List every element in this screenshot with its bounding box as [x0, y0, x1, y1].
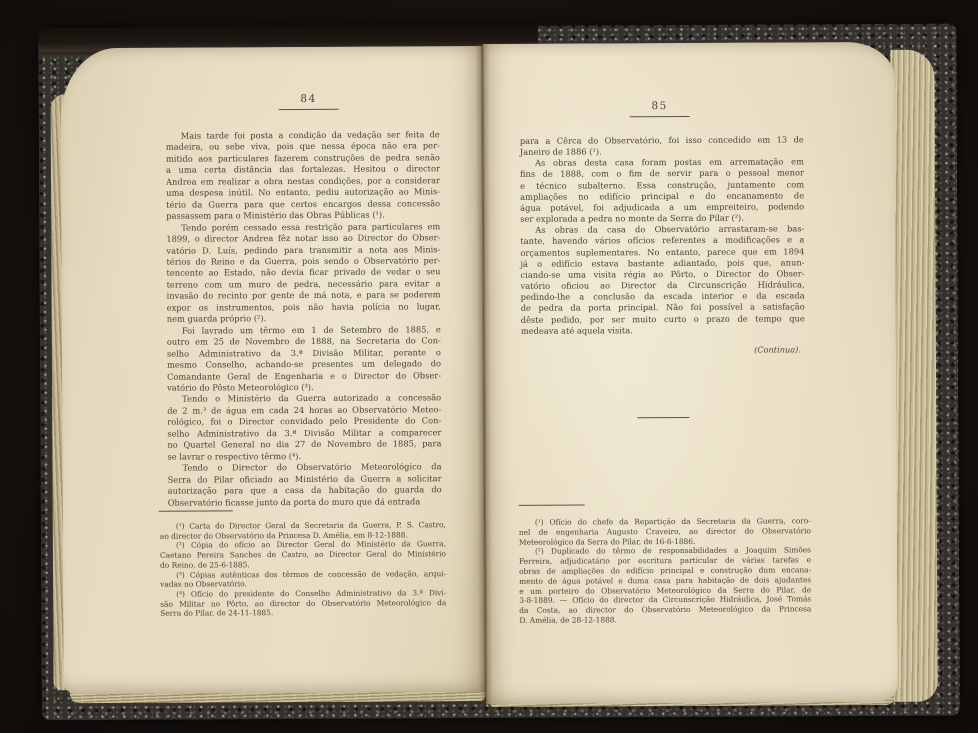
section-divider: [637, 417, 689, 418]
paragraph: Mais tarde foi posta a condição da vedaç…: [166, 129, 440, 222]
text-line: 1899, o director Andrea fêz notar isso a…: [166, 232, 440, 245]
page-84: 84 Mais tarde foi posta a condição da ve…: [60, 46, 485, 694]
paragraph: As obras da casa do Observatório arrasta…: [520, 224, 805, 337]
text-line: Observatório ficasse junto da porta do m…: [168, 496, 442, 509]
paragraph: (¹) Ofício do chefe da Repartição da Sec…: [519, 516, 811, 547]
paragraph: para a Cêrca do Observatório, foi isso c…: [520, 134, 804, 158]
text-line: (³) Cópias autênticas dos têrmos de conc…: [160, 569, 446, 580]
footnote-separator-left: [159, 510, 233, 511]
page-84-footnotes: (¹) Carta do Director Geral da Secretari…: [160, 520, 447, 619]
text-line: mesmo Conselho, achando-se presentes um …: [167, 358, 441, 371]
text-line: são Militar no Pôrto, ao director do Obs…: [160, 598, 446, 609]
text-line: tério da Guerra para que certos encargos…: [166, 198, 440, 211]
paragraph: (²) Cópia do ofício ao Director Geral do…: [160, 540, 446, 571]
text-line: nel de engenharia Augusto Craveiro, ao d…: [519, 526, 811, 537]
text-line: Caetano Pereira Sanches de Castro, ao Di…: [160, 549, 446, 560]
page-85: 85 para a Cêrca do Observatório, foi iss…: [482, 42, 897, 704]
page-number-84: 84: [279, 93, 339, 110]
page-84-body-text: Mais tarde foi posta a condição da vedaç…: [166, 129, 442, 508]
text-line: expor os instrumentos, pois não havia po…: [167, 301, 441, 314]
text-line: água potável, foi adjudicada a um emprei…: [520, 201, 804, 214]
paragraph: (²) Duplicado do têrmo de responsabilida…: [519, 546, 811, 626]
text-line: tante, havendo vários ofícios referentes…: [520, 235, 804, 248]
text-line: Serra do Pilar, de 24-11-1885.: [160, 608, 446, 619]
text-line: D. Amélia, de 28-12-1888.: [519, 614, 811, 625]
text-line: Tendo o Director do Observatório Meteoro…: [167, 461, 441, 474]
page-edges-right: [890, 50, 937, 702]
text-line: de pedra da porta principal. Não foi pos…: [521, 302, 805, 315]
paragraph: (⁴) Ofício do presidente do Conselho Adm…: [160, 588, 446, 619]
text-line: Comandante Geral de Engenharia e o Direc…: [167, 370, 441, 383]
book: 84 Mais tarde foi posta a condição da ve…: [0, 0, 978, 733]
text-line: da Costa, ao director do Observatório Me…: [519, 604, 811, 615]
page-number-85: 85: [630, 100, 690, 117]
text-line: dêste pedido, por ser muito curto o praz…: [521, 313, 805, 326]
page-85-body-text: para a Cêrca do Observatório, foi isso c…: [520, 134, 805, 336]
text-line: outro em 25 de Novembro de 1888, na Secr…: [167, 335, 441, 348]
continuation-marker: (Continua).: [521, 344, 805, 357]
paragraph: As obras desta casa foram postas em arre…: [520, 157, 804, 225]
text-line: para a Cêrca do Observatório, foi isso c…: [520, 134, 804, 147]
footnote-separator-right: [519, 505, 585, 506]
paragraph: Tendo o Director do Observatório Meteoro…: [167, 461, 441, 508]
paragraph: Tendo porém cessado essa restrição para …: [166, 221, 441, 326]
paragraph: (³) Cópias autênticas dos têrmos de conc…: [160, 569, 446, 590]
open-book-photo: 84 Mais tarde foi posta a condição da ve…: [0, 0, 978, 733]
continuation-wrap: (Continua).: [521, 335, 805, 356]
paragraph: Foi lavrado um têrmo em 1 de Setembro de…: [167, 324, 441, 394]
text-line: autorização para que a casa da habitação…: [168, 484, 442, 497]
page-85-footnotes: (¹) Ofício do chefe da Repartição da Sec…: [519, 516, 812, 625]
paragraph: (¹) Carta do Director Geral da Secretari…: [160, 520, 446, 541]
paragraph: Tendo o Ministério da Guerra autorizado …: [167, 393, 441, 463]
text-line: no Quartel General no dia 27 de Novembro…: [167, 438, 441, 451]
